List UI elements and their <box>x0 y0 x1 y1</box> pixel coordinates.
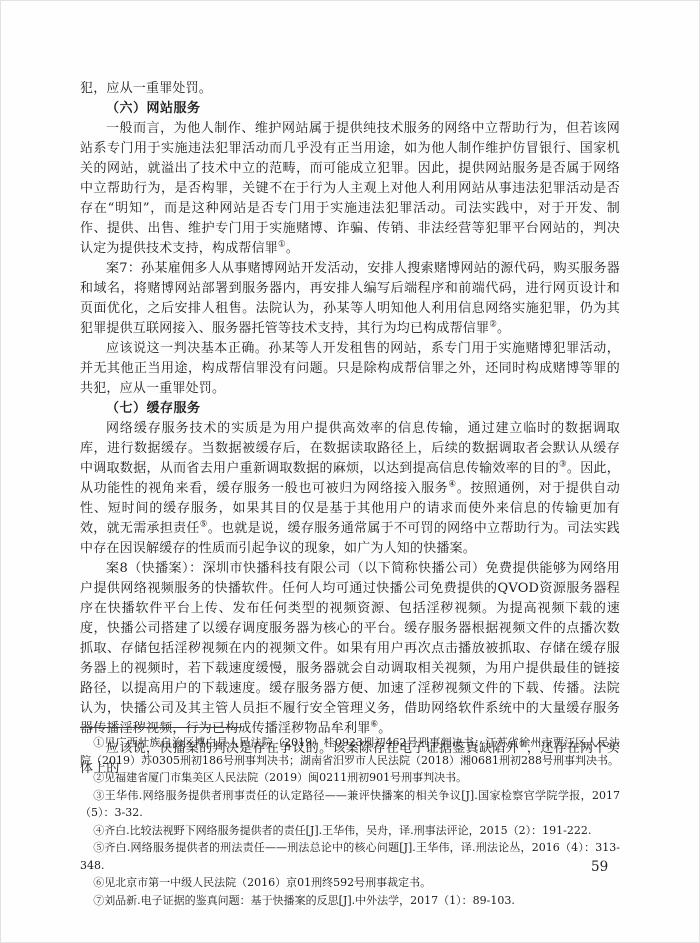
body-paragraph: 案8（快播案）：深圳市快播科技有限公司（以下简称快播公司）免费提供能够为网络用户… <box>80 559 620 739</box>
footnote-marker: ④ <box>93 824 104 837</box>
footnote-item: ⑥见北京市第一中级人民法院（2016）京01刑终592号刑事裁定书。 <box>80 874 620 892</box>
footnote-list: ①见广西壮族自治区博白县人民法院（2019）桂0923刑初462号刑事判决书；江… <box>80 734 620 909</box>
footnote-item: ①见广西壮族自治区博白县人民法院（2019）桂0923刑初462号刑事判决书；江… <box>80 734 620 769</box>
footnote-item: ⑤齐白.网络服务提供者的刑法责任——刑法总论中的核心问题[J].王华伟，译.刑法… <box>80 839 620 874</box>
footnote-item: ⑦刘品新.电子证据的鉴真问题：基于快播案的反思[J].中外法学，2017（1）：… <box>80 892 620 910</box>
footnote-ref: ② <box>489 320 497 330</box>
footnote-marker: ① <box>93 736 104 749</box>
footnote-item: ④齐白.比较法视野下网络服务提供者的责任[J].王华伟，吴舟，译.刑事法评论，2… <box>80 822 620 840</box>
body-paragraph: 一般而言，为他人制作、维护网站属于提供纯技术服务的网络中立帮助行为，但若该网站系… <box>80 119 620 259</box>
footnote-ref: ① <box>278 240 286 250</box>
body-paragraph: 应该说这一判决基本正确。孙某等人开发租售的网站，系专门用于实施赌博犯罪活动，并无… <box>80 339 620 399</box>
body-paragraph: 网络缓存服务技术的实质是为用户提供高效率的信息传输，通过建立临时的数据调取库，进… <box>80 419 620 559</box>
footnote-separator <box>80 727 242 728</box>
section-heading: （七）缓存服务 <box>80 399 620 419</box>
section-heading: （六）网站服务 <box>80 99 620 119</box>
footnote-item: ③王华伟.网络服务提供者刑事责任的认定路径——兼评快播案的相关争议[J].国家检… <box>80 787 620 822</box>
footnote-marker: ⑥ <box>93 876 104 889</box>
footnote-ref: ③ <box>559 460 567 470</box>
footnote-marker: ⑤ <box>93 841 104 854</box>
footnote-ref: ④ <box>448 480 456 490</box>
footnote-section: ①见广西壮族自治区博白县人民法院（2019）桂0923刑初462号刑事判决书；江… <box>80 727 620 909</box>
body-paragraph: 案7：孙某雇佣多人从事赌博网站开发活动，安排人搜索赌博网站的源代码，购买服务器和… <box>80 259 620 339</box>
footnote-marker: ⑦ <box>93 894 104 907</box>
footnote-marker: ③ <box>93 789 104 802</box>
body-paragraph: 犯，应从一重罪处罚。 <box>80 79 620 99</box>
main-text: 犯，应从一重罪处罚。（六）网站服务一般而言，为他人制作、维护网站属于提供纯技术服… <box>80 79 620 779</box>
footnote-ref: ⑤ <box>200 520 208 530</box>
book-page: { "page_number": "59", "content": { "blo… <box>0 0 700 943</box>
footnote-marker: ② <box>93 771 104 784</box>
footnote-item: ②见福建省厦门市集美区人民法院（2019）闽0211刑初901号刑事判决书。 <box>80 769 620 787</box>
page-number: 59 <box>591 859 608 875</box>
